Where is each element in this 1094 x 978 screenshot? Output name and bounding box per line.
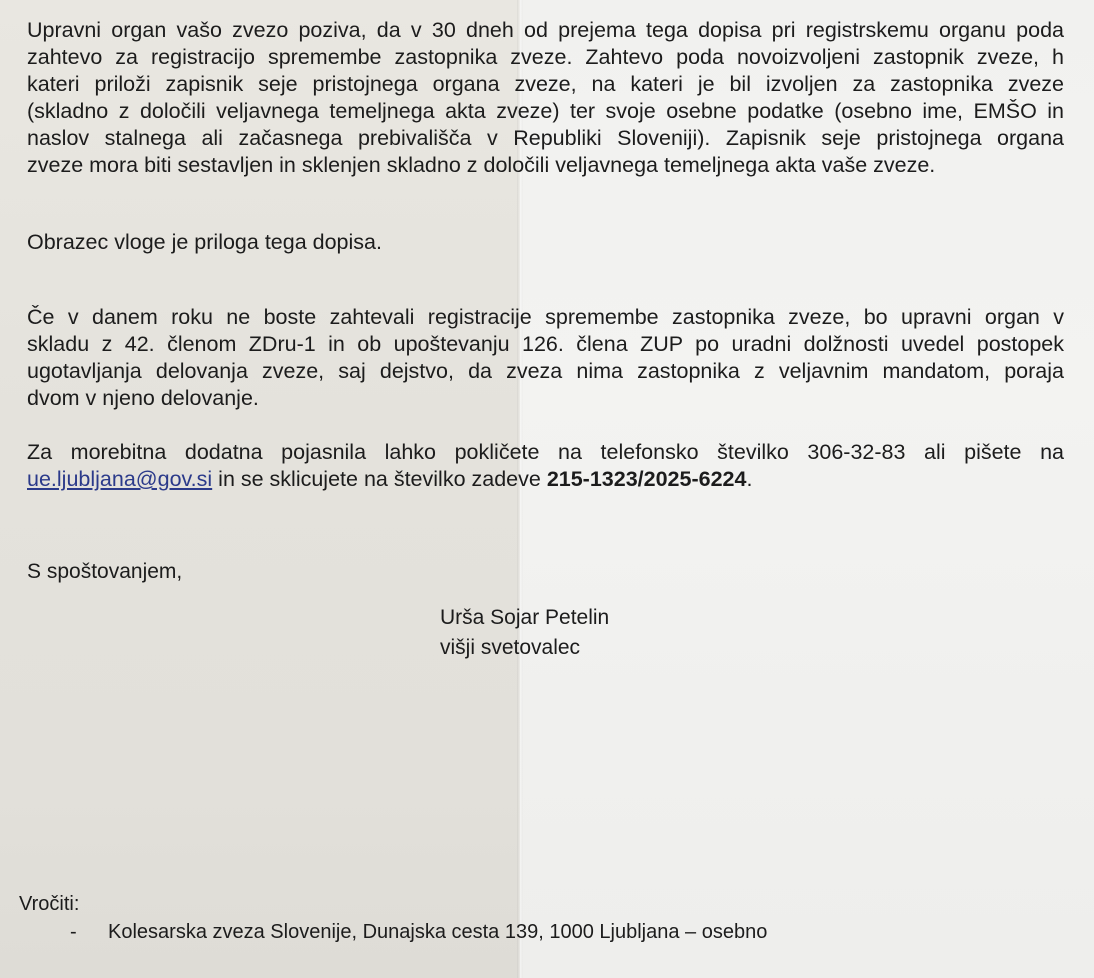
email-link[interactable]: ue.ljubljana@gov.si	[27, 467, 212, 491]
text-line: Za morebitna dodatna pojasnila lahko pok…	[27, 440, 1064, 466]
text-line: Upravni organ vašo zvezo poziva, da v 30…	[27, 18, 1064, 44]
text-line: ugotavljanja delovanja zveze, saj dejstv…	[27, 359, 1064, 385]
recipient-address: Kolesarska zveza Slovenije, Dunajska ces…	[108, 921, 767, 943]
text-line: (skladno z določili veljavnega temeljneg…	[27, 99, 1064, 125]
paragraph-attachment: Obrazec vloge je priloga tega dopisa.	[27, 230, 1064, 255]
bullet: -	[70, 921, 108, 944]
text-line: skladu z 42. členom ZDru-1 in ob upoštev…	[27, 332, 1064, 358]
reference-text: in se sklicujete na številko zadeve	[212, 467, 547, 491]
text-line: Če v danem roku ne boste zahtevali regis…	[27, 305, 1064, 331]
text-line: zveze mora biti sestavljen in sklenjen s…	[27, 153, 987, 178]
closing-salutation: S spoštovanjem,	[27, 560, 182, 584]
text-line: ue.ljubljana@gov.si in se sklicujete na …	[27, 467, 1064, 492]
text-line: naslov stalnega ali začasnega prebivališ…	[27, 126, 1064, 152]
delivery-recipient: -Kolesarska zveza Slovenije, Dunajska ce…	[70, 921, 767, 944]
case-number: 215-1323/2025-6224	[547, 467, 747, 491]
signatory-name: Urša Sojar Petelin	[440, 606, 609, 630]
text-line: dvom v njeno delovanje.	[27, 386, 1064, 411]
text-line: kateri priloži zapisnik seje pristojnega…	[27, 72, 1064, 98]
text-line: zahtevo za registracijo spremembe zastop…	[27, 45, 1064, 71]
delivery-label: Vročiti:	[19, 893, 79, 916]
signatory-title: višji svetovalec	[440, 636, 580, 660]
